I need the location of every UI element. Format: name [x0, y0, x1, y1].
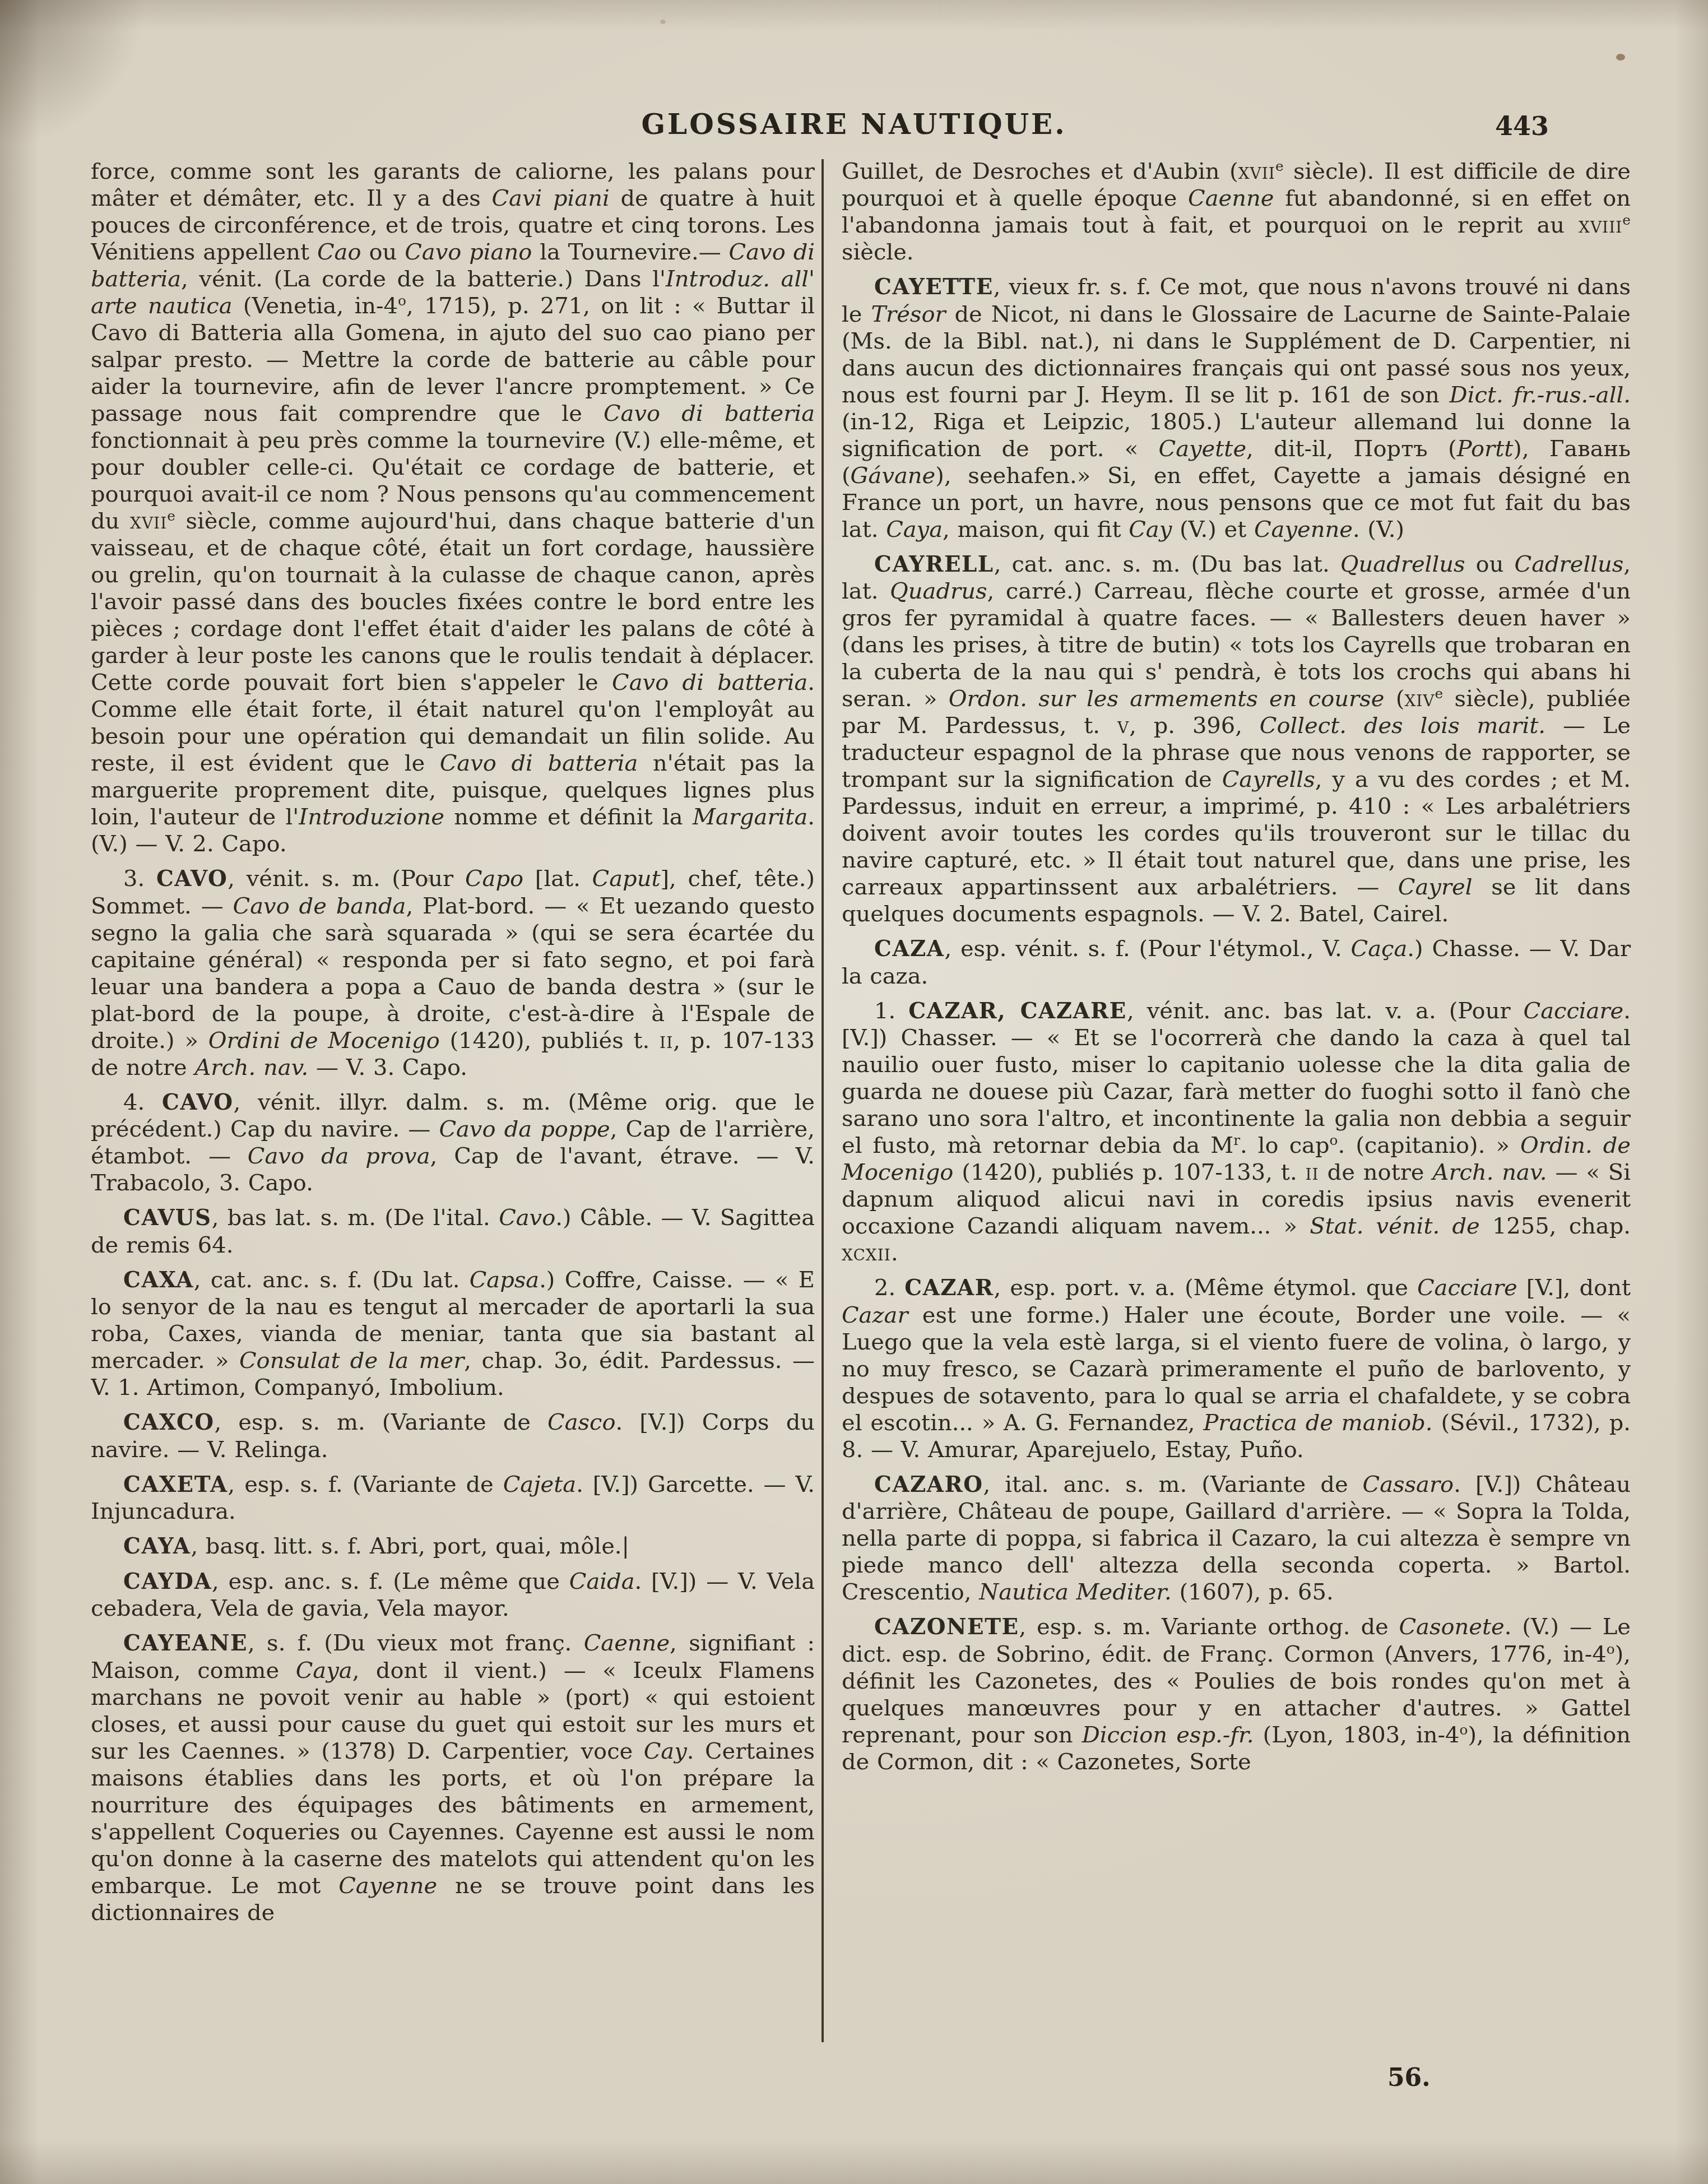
- text-run: , s. f. (Du vieux mot franç.: [248, 1630, 584, 1656]
- glossary-entry-paragraph: 4. CAVO, vénit. illyr. dalm. s. m. (Même…: [91, 1089, 815, 1197]
- text-run: Casco: [547, 1409, 615, 1435]
- text-run: CAZONETE: [874, 1615, 1019, 1640]
- glossary-entry-paragraph: 1. CAZAR, CAZARE, vénit. anc. bas lat. v…: [842, 998, 1631, 1267]
- text-run: Caenne: [1188, 186, 1274, 211]
- text-run: , esp. s. m. (Variante de: [215, 1409, 547, 1435]
- text-run: Caya: [296, 1658, 352, 1684]
- text-run: 3.: [123, 866, 156, 892]
- text-run: CAZAR, CAZARE: [908, 999, 1127, 1024]
- text-run: CAYDA: [123, 1569, 212, 1594]
- text-run: 2.: [874, 1275, 904, 1301]
- text-run: Introduzione: [299, 804, 444, 830]
- text-run: Practica de maniob.: [1203, 1410, 1432, 1436]
- text-run: Cacciare: [1417, 1275, 1517, 1301]
- text-run: Cayenne: [338, 1873, 437, 1899]
- glossary-entry-paragraph: CAYDA, esp. anc. s. f. (Le même que Caid…: [91, 1568, 815, 1622]
- text-run: Cao: [317, 239, 361, 265]
- text-run: e: [167, 508, 175, 524]
- text-run: (1420), publiés t.: [440, 1028, 660, 1054]
- column-right: Guillet, de Desroches et d'Aubin (xviie …: [842, 158, 1631, 2086]
- text-run: Dict. fr.-rus.-all.: [1450, 382, 1631, 408]
- text-run: ou: [361, 239, 405, 265]
- text-run: Casonete: [1399, 1614, 1505, 1640]
- text-run: ii: [660, 1028, 673, 1054]
- glossary-entry-paragraph: 2. CAZAR, esp. port. v. a. (Même étymol.…: [842, 1274, 1631, 1463]
- text-run: v: [1117, 713, 1129, 739]
- text-run: (: [1384, 686, 1404, 712]
- text-run: CAYRELL: [874, 552, 994, 577]
- text-run: , vénit. anc. bas lat. v. a. (Pour: [1127, 998, 1524, 1024]
- glossary-entry-paragraph: CAZONETE, esp. s. m. Variante orthog. de…: [842, 1613, 1631, 1775]
- text-run: Cazar: [842, 1302, 908, 1328]
- glossary-entry-paragraph: CAYETTE, vieux fr. s. f. Ce mot, que nou…: [842, 273, 1631, 543]
- paper-speck: [1616, 54, 1625, 61]
- text-run: Cassaro: [1363, 1472, 1454, 1497]
- glossary-entry-paragraph: CAVUS, bas lat. s. m. (De l'ital. Cavo.)…: [91, 1204, 815, 1259]
- text-run: Ordon. sur les armements en course: [949, 686, 1385, 712]
- text-run: , esp. s. f. (Variante de: [228, 1472, 503, 1497]
- text-run: Caya: [886, 517, 943, 542]
- text-run: , basq. litt. s. f. Abri, port, quai, mô…: [191, 1533, 629, 1559]
- text-run: Caça: [1351, 936, 1408, 962]
- glossary-entry-paragraph: CAZA, esp. vénit. s. f. (Pour l'étymol.,…: [842, 935, 1631, 990]
- text-run: Cay: [1129, 517, 1172, 542]
- text-run: Caput: [592, 866, 661, 892]
- text-run: ou: [1465, 551, 1514, 577]
- text-run: , ital. anc. s. m. (Variante de: [983, 1472, 1362, 1497]
- text-run: CAZAR: [904, 1276, 994, 1301]
- text-run: xiv: [1404, 686, 1435, 712]
- text-run: , esp. vénit. s. f. (Pour l'étymol., V.: [944, 936, 1350, 962]
- text-run: , esp. s. m. Variante orthog. de: [1019, 1614, 1399, 1640]
- glossary-entry-paragraph: CAZARO, ital. anc. s. m. (Variante de Ca…: [842, 1471, 1631, 1606]
- text-run: CAZARO: [874, 1472, 983, 1497]
- text-run: , dit-il, Портъ (: [1246, 436, 1457, 462]
- text-run: , esp. anc. s. f. (Le même que: [212, 1569, 569, 1594]
- glossary-entry-paragraph: force, comme sont les garants de caliorn…: [91, 158, 815, 857]
- text-run: Caida: [569, 1569, 635, 1594]
- printer-signature: 56.: [1387, 2064, 1431, 2092]
- text-run: 1.: [874, 998, 908, 1024]
- text-run: CAYEANE: [123, 1631, 248, 1656]
- text-run: Cavo piano: [405, 239, 532, 265]
- text-run: (Venetia, in-4: [233, 293, 398, 319]
- text-run: Guillet, de Desroches et d'Aubin (: [842, 159, 1238, 184]
- text-run: Arch. nav.: [1433, 1160, 1547, 1185]
- text-run: e: [1275, 158, 1284, 174]
- text-run: 1255, chap.: [1480, 1213, 1631, 1239]
- glossary-entry-paragraph: 3. CAVO, vénit. s. m. (Pour Capo [lat. C…: [91, 865, 815, 1081]
- text-run: Cavo de banda: [233, 893, 406, 919]
- text-run: Cacciare: [1524, 998, 1624, 1024]
- text-run: xcxii: [842, 1240, 891, 1266]
- glossary-entry-paragraph: CAXA, cat. anc. s. f. (Du lat. Capsa.) C…: [91, 1267, 815, 1402]
- text-run: ii: [1306, 1160, 1319, 1185]
- text-run: [lat.: [523, 866, 592, 892]
- text-run: o: [1460, 1722, 1468, 1738]
- text-run: CAXCO: [123, 1410, 215, 1435]
- text-run: e: [1435, 685, 1444, 702]
- text-run: Margarita: [693, 804, 807, 830]
- text-run: r: [1233, 1132, 1240, 1148]
- text-run: Cayrells: [1222, 767, 1315, 792]
- paper-speck: [660, 20, 666, 24]
- text-run: Capo: [465, 866, 523, 892]
- text-run: , p. 396,: [1129, 713, 1260, 739]
- text-run: Arch. nav.: [194, 1055, 308, 1081]
- text-run: Trésor: [871, 302, 945, 327]
- text-run: Cadrellus: [1515, 551, 1624, 577]
- text-run: Cavi piani: [492, 186, 610, 211]
- text-run: o: [1330, 1132, 1338, 1148]
- glossary-entry-paragraph: Guillet, de Desroches et d'Aubin (xviie …: [842, 158, 1631, 266]
- column-left: force, comme sont les garants de caliorn…: [91, 158, 815, 2086]
- text-run: xvii: [1238, 159, 1275, 184]
- text-run: xvii: [130, 508, 167, 534]
- text-run: Cavo di batteria: [440, 750, 638, 776]
- text-run: Gávane: [851, 463, 936, 489]
- text-run: , cat. anc. s. f. (Du lat.: [194, 1267, 470, 1293]
- text-run: CAVO: [162, 1090, 233, 1115]
- glossary-entry-paragraph: CAYEANE, s. f. (Du vieux mot franç. Caen…: [91, 1630, 815, 1926]
- text-run: Diccion esp.-fr.: [1082, 1722, 1254, 1748]
- text-run: la Tournevire.—: [532, 239, 728, 265]
- text-run: Cajeta: [503, 1472, 576, 1497]
- text-run: Caenne: [584, 1630, 670, 1656]
- text-run: , bas lat. s. m. (De l'ital.: [212, 1205, 499, 1231]
- text-run: Cavo da poppe: [439, 1116, 610, 1142]
- text-run: Capsa: [470, 1267, 539, 1293]
- scanned-book-page: GLOSSAIRE NAUTIQUE. 443 force, comme son…: [0, 0, 1708, 2184]
- text-run: CAXETA: [123, 1472, 228, 1497]
- text-run: Portt: [1457, 436, 1514, 462]
- text-run: CAVO: [156, 866, 228, 892]
- text-run: . (V.): [1353, 517, 1404, 542]
- text-run: Nautica Mediter.: [979, 1579, 1172, 1605]
- text-run: CAYETTE: [874, 275, 994, 300]
- text-run: de notre: [1319, 1160, 1433, 1185]
- text-run: (Lyon, 1803, in-4: [1254, 1722, 1459, 1748]
- text-run: CAZA: [874, 936, 944, 962]
- text-run: Cay: [644, 1738, 687, 1764]
- text-run: e: [1622, 212, 1631, 228]
- text-run: . lo cap: [1240, 1133, 1330, 1158]
- text-run: .: [891, 1240, 898, 1266]
- glossary-entry-paragraph: CAXETA, esp. s. f. (Variante de Cajeta. …: [91, 1471, 815, 1525]
- text-run: Quadrus: [890, 578, 987, 604]
- text-run: , maison, qui fit: [943, 517, 1129, 542]
- text-run: — V. 3. Capo.: [308, 1055, 467, 1081]
- text-run: o: [398, 293, 406, 309]
- text-run: , esp. port. v. a. (Même étymol. que: [994, 1275, 1417, 1301]
- glossary-entry-paragraph: CAYA, basq. litt. s. f. Abri, port, quai…: [91, 1533, 815, 1560]
- text-run: CAVUS: [123, 1205, 212, 1231]
- text-run: siècle, comme aujourd'hui, dans chaque b…: [91, 508, 815, 695]
- text-run: (1420), publiés p. 107-133, t.: [953, 1160, 1305, 1185]
- text-run: 4.: [123, 1089, 162, 1115]
- text-run: o: [1607, 1641, 1615, 1657]
- text-run: , vénit. s. m. (Pour: [228, 866, 465, 892]
- text-run: Cayette: [1159, 436, 1247, 462]
- text-run: nomme et définit la: [444, 804, 693, 830]
- text-run: Collect. des lois marit.: [1260, 713, 1545, 739]
- text-run: (1607), p. 65.: [1172, 1579, 1334, 1605]
- text-run: Cavo: [499, 1205, 555, 1231]
- text-run: xviii: [1579, 212, 1622, 238]
- glossary-text-block: force, comme sont les garants de caliorn…: [91, 158, 1633, 2086]
- glossary-entry-paragraph: CAYRELL, cat. anc. s. m. (Du bas lat. Qu…: [842, 551, 1631, 928]
- text-run: Cavo da prova: [248, 1143, 430, 1169]
- text-run: Cavo di batteria: [604, 401, 815, 426]
- text-run: , vénit. (La corde de la batterie.) Dans…: [181, 266, 666, 292]
- text-run: Cavo di batteria: [612, 670, 807, 695]
- text-run: Quadrellus: [1340, 551, 1465, 577]
- glossary-entry-paragraph: CAXCO, esp. s. m. (Variante de Casco. [V…: [91, 1409, 815, 1463]
- text-run: Cayenne: [1254, 517, 1353, 542]
- text-run: (V.) et: [1172, 517, 1254, 542]
- text-run: , cat. anc. s. m. (Du bas lat.: [994, 551, 1340, 577]
- text-run: . (capitanio). »: [1338, 1133, 1520, 1158]
- page-number: 443: [1495, 111, 1549, 141]
- text-run: Cayrel: [1398, 874, 1473, 900]
- text-run: siècle.: [842, 239, 914, 265]
- page-header-title: GLOSSAIRE NAUTIQUE.: [0, 108, 1708, 141]
- text-run: CAYA: [123, 1534, 191, 1559]
- text-run: Stat. vénit. de: [1310, 1213, 1479, 1239]
- paper-speck: [1522, 43, 1526, 46]
- text-run: [V.], dont: [1517, 1275, 1631, 1301]
- text-run: Consulat de la mer: [239, 1348, 464, 1374]
- text-run: Ordini de Mocenigo: [208, 1028, 440, 1054]
- text-run: CAXA: [123, 1268, 194, 1293]
